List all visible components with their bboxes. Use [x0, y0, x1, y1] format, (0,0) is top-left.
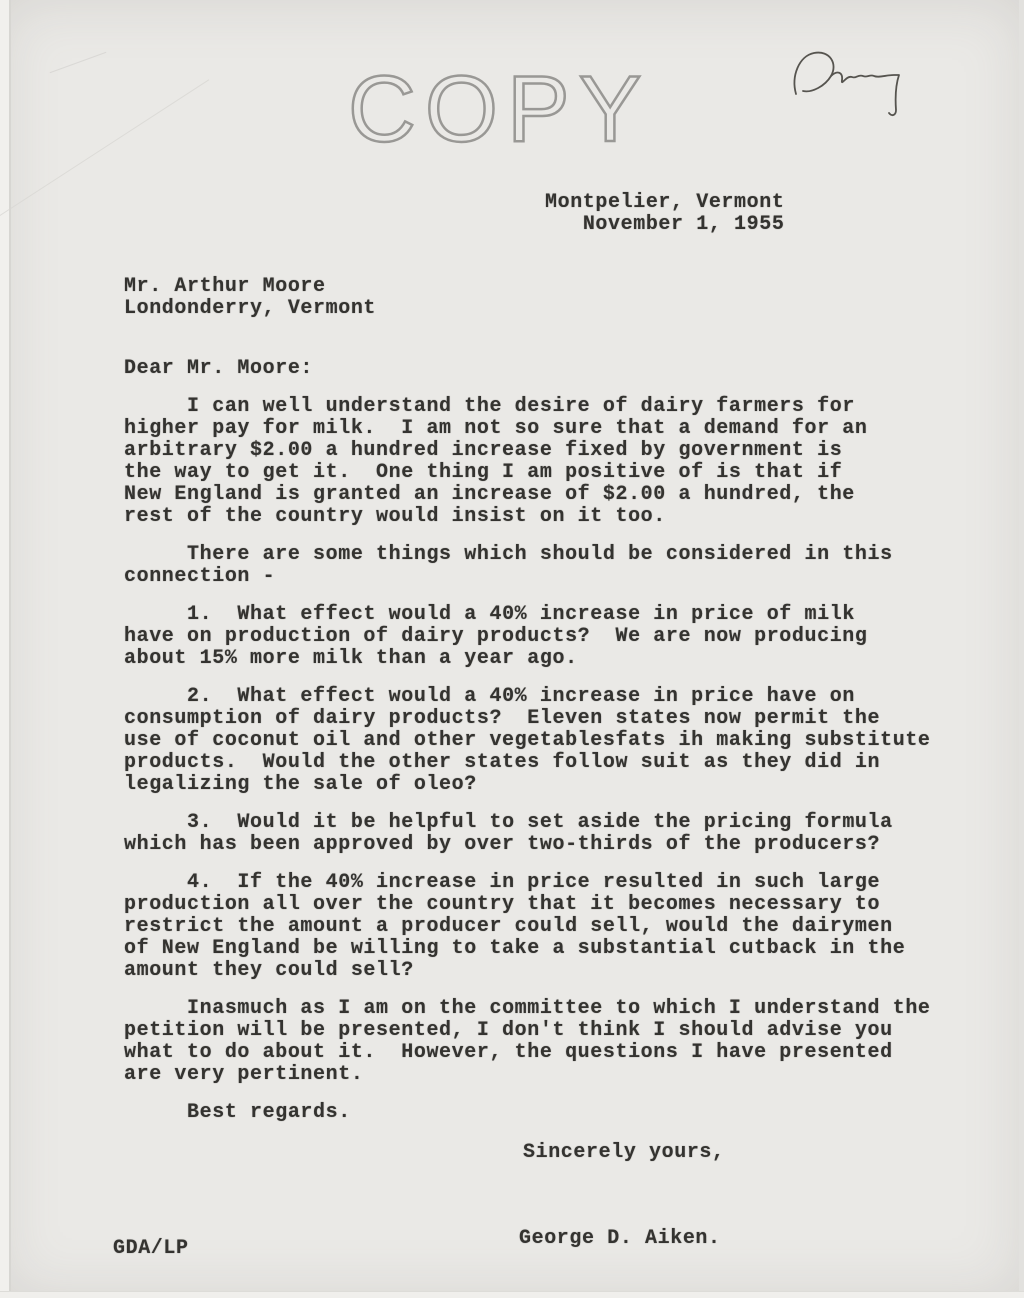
paper-crease — [50, 52, 107, 73]
question-item-4: 4. If the 40% increase in price resulted… — [124, 872, 948, 982]
paragraph-intro: I can well understand the desire of dair… — [124, 396, 948, 528]
letter-body: I can well understand the desire of dair… — [124, 396, 948, 1140]
typist-initials: GDA/LP — [113, 1238, 189, 1260]
copy-stamp: COPY — [348, 62, 650, 156]
signoff: Sincerely yours, — [523, 1142, 725, 1164]
salutation: Dear Mr. Moore: — [124, 358, 313, 380]
question-item-3: 3. Would it be helpful to set aside the … — [124, 812, 948, 856]
paragraph-committee: Inasmuch as I am on the committee to whi… — [124, 998, 948, 1086]
paper-bottom-edge — [0, 1291, 1024, 1298]
letter-page: COPY Montpelier, Vermont November 1, 195… — [0, 0, 1024, 1298]
recipient-address: Mr. Arthur Moore Londonderry, Vermont — [124, 276, 376, 320]
paper-crease — [0, 79, 209, 221]
dateline: Montpelier, Vermont November 1, 1955 — [545, 192, 784, 236]
question-item-2: 2. What effect would a 40% increase in p… — [124, 686, 948, 796]
paper-right-edge — [1019, 0, 1024, 1298]
closing-regards: Best regards. — [124, 1102, 948, 1124]
question-item-1: 1. What effect would a 40% increase in p… — [124, 604, 948, 670]
handwritten-annotation — [786, 44, 926, 129]
paper-left-edge — [0, 0, 11, 1298]
paragraph-connection: There are some things which should be co… — [124, 544, 948, 588]
signature-name: George D. Aiken. — [519, 1228, 721, 1250]
